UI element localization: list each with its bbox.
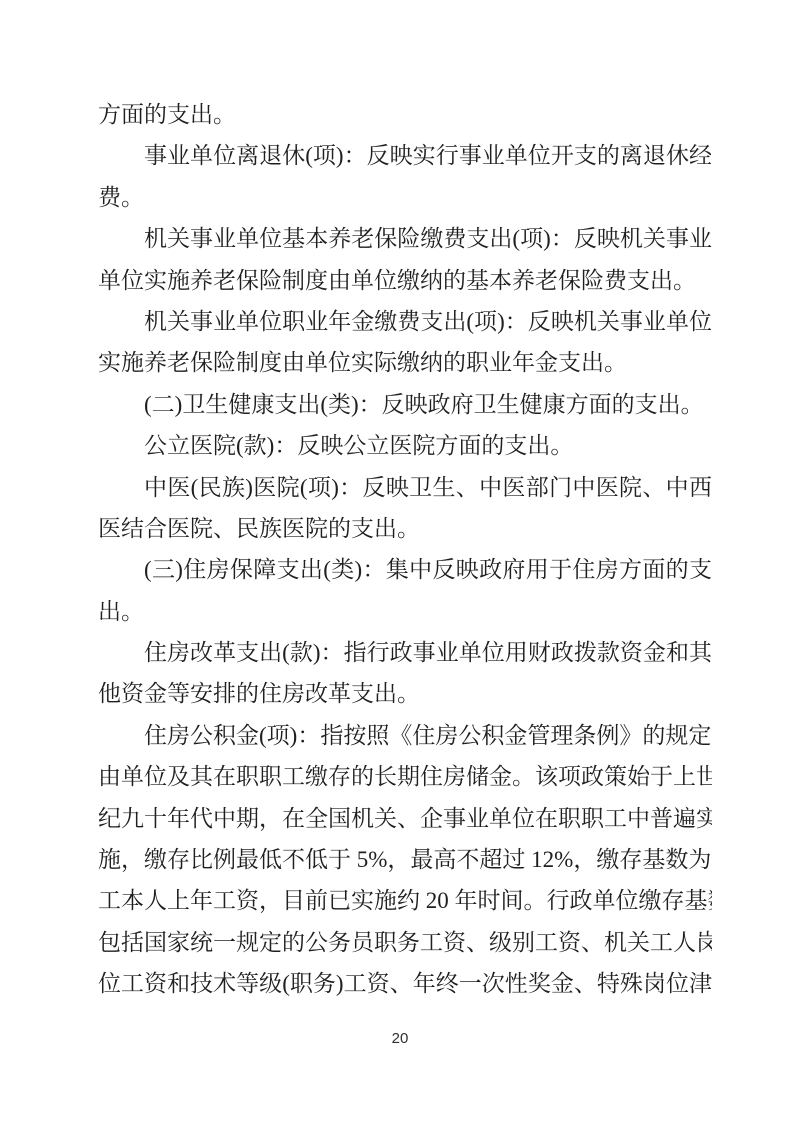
document-page: 方面的支出。 事业单位离退休(项)：反映实行事业单位开支的离退休经 费。 机关事… <box>0 0 800 1131</box>
text-line: 由单位及其在职职工缴存的长期住房储金。该项政策始于上世 <box>98 756 712 797</box>
text-line: 包括国家统一规定的公务员职务工资、级别工资、机关工人岗 <box>98 922 712 963</box>
text-line: 医结合医院、民族医院的支出。 <box>98 508 712 549</box>
text-line: 纪九十年代中期，在全国机关、企事业单位在职职工中普遍实 <box>98 798 712 839</box>
text-line: 工本人上年工资，目前已实施约 20 年时间。行政单位缴存基数 <box>98 880 712 921</box>
text-line: 他资金等安排的住房改革支出。 <box>98 673 712 714</box>
text-line: 实施养老保险制度由单位实际缴纳的职业年金支出。 <box>98 342 712 383</box>
text-line: 出。 <box>98 591 712 632</box>
text-line: 费。 <box>98 177 712 218</box>
text-line: 公立医院(款)：反映公立医院方面的支出。 <box>98 425 712 466</box>
text-line: 住房公积金(项)：指按照《住房公积金管理条例》的规定， <box>98 715 712 756</box>
text-line: 机关事业单位职业年金缴费支出(项)：反映机关事业单位 <box>98 301 712 342</box>
text-line: 位工资和技术等级(职务)工资、年终一次性奖金、特殊岗位津 <box>98 963 712 1004</box>
text-line: (二)卫生健康支出(类)：反映政府卫生健康方面的支出。 <box>98 384 712 425</box>
text-line: (三)住房保障支出(类)：集中反映政府用于住房方面的支 <box>98 549 712 590</box>
page-number: 20 <box>0 1030 800 1047</box>
text-line: 中医(民族)医院(项)：反映卫生、中医部门中医院、中西 <box>98 467 712 508</box>
text-line: 住房改革支出(款)：指行政事业单位用财政拨款资金和其 <box>98 632 712 673</box>
text-line: 施，缴存比例最低不低于 5%，最高不超过 12%，缴存基数为职 <box>98 839 712 880</box>
text-line: 机关事业单位基本养老保险缴费支出(项)：反映机关事业 <box>98 218 712 259</box>
text-line: 事业单位离退休(项)：反映实行事业单位开支的离退休经 <box>98 135 712 176</box>
document-body: 方面的支出。 事业单位离退休(项)：反映实行事业单位开支的离退休经 费。 机关事… <box>98 94 712 1005</box>
text-line: 单位实施养老保险制度由单位缴纳的基本养老保险费支出。 <box>98 260 712 301</box>
text-line: 方面的支出。 <box>98 94 712 135</box>
